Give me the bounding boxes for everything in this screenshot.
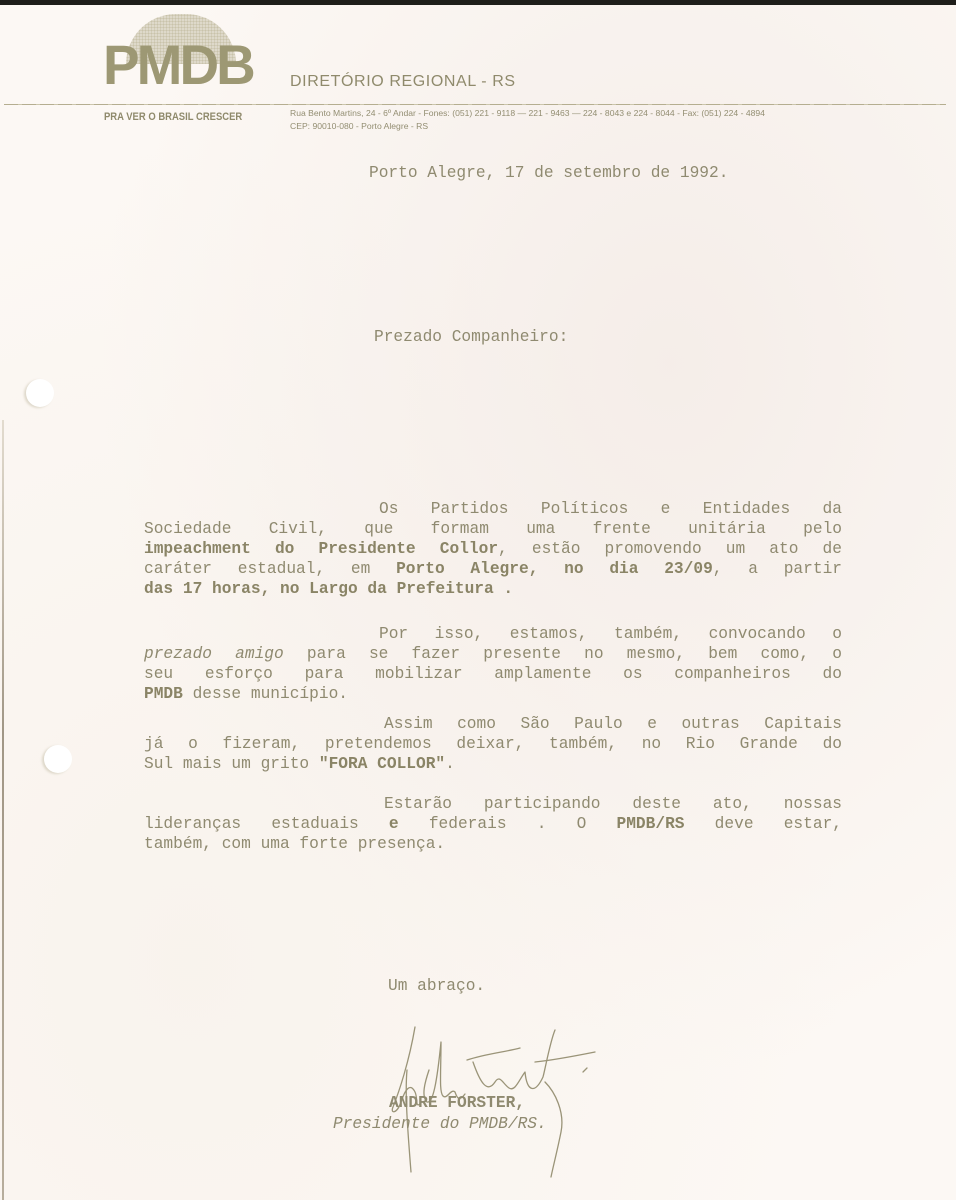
paragraph-line: Estarão participando deste ato, nossas [384,794,842,814]
slogan: PRA VER O BRASIL CRESCER [104,111,242,123]
paragraph-line: caráter estadual, em Porto Alegre, no di… [144,559,842,579]
paragraph-line: PMDB desse município. [144,684,842,704]
paragraph-line: prezado amigo para se fazer presente no … [144,644,842,664]
paragraph-line: impeachment do Presidente Collor, estão … [144,539,842,559]
org-title: DIRETÓRIO REGIONAL - RS [290,73,516,91]
address-line-2: CEP: 90010-080 - Porto Alegre - RS [290,121,428,131]
paragraph-line: Os Partidos Políticos e Entidades da [379,499,842,519]
paragraph-line: também, com uma forte presença. [144,834,842,854]
paragraph-line: das 17 horas, no Largo da Prefeitura . [144,579,842,599]
letterhead-divider [4,104,946,105]
scan-left-edge [2,420,4,1200]
paragraph-line: Assim como São Paulo e outras Capitais [384,714,842,734]
closing: Um abraço. [388,976,485,996]
party-logo: PMDB [103,37,253,93]
paragraph-line: lideranças estaduais e federais . O PMDB… [144,814,842,834]
salutation: Prezado Companheiro: [374,327,568,347]
paragraph-line: Sociedade Civil, que formam uma frente u… [144,519,842,539]
address-line-1: Rua Bento Martins, 24 - 6º Andar - Fones… [290,108,765,118]
signatory-name: ANDRE FORSTER, [389,1093,525,1113]
paragraph-line: já o fizeram, pretendemos deixar, também… [144,734,842,754]
punch-hole-top [26,379,54,407]
punch-hole-bottom [44,745,72,773]
paragraph-line: seu esforço para mobilizar amplamente os… [144,664,842,684]
paragraph-line: Sul mais um grito "FORA COLLOR". [144,754,842,774]
signatory-role: Presidente do PMDB/RS. [333,1114,547,1134]
paper-texture [0,5,956,1200]
letter-date: Porto Alegre, 17 de setembro de 1992. [369,163,728,183]
paragraph-line: Por isso, estamos, também, convocando o [379,624,842,644]
